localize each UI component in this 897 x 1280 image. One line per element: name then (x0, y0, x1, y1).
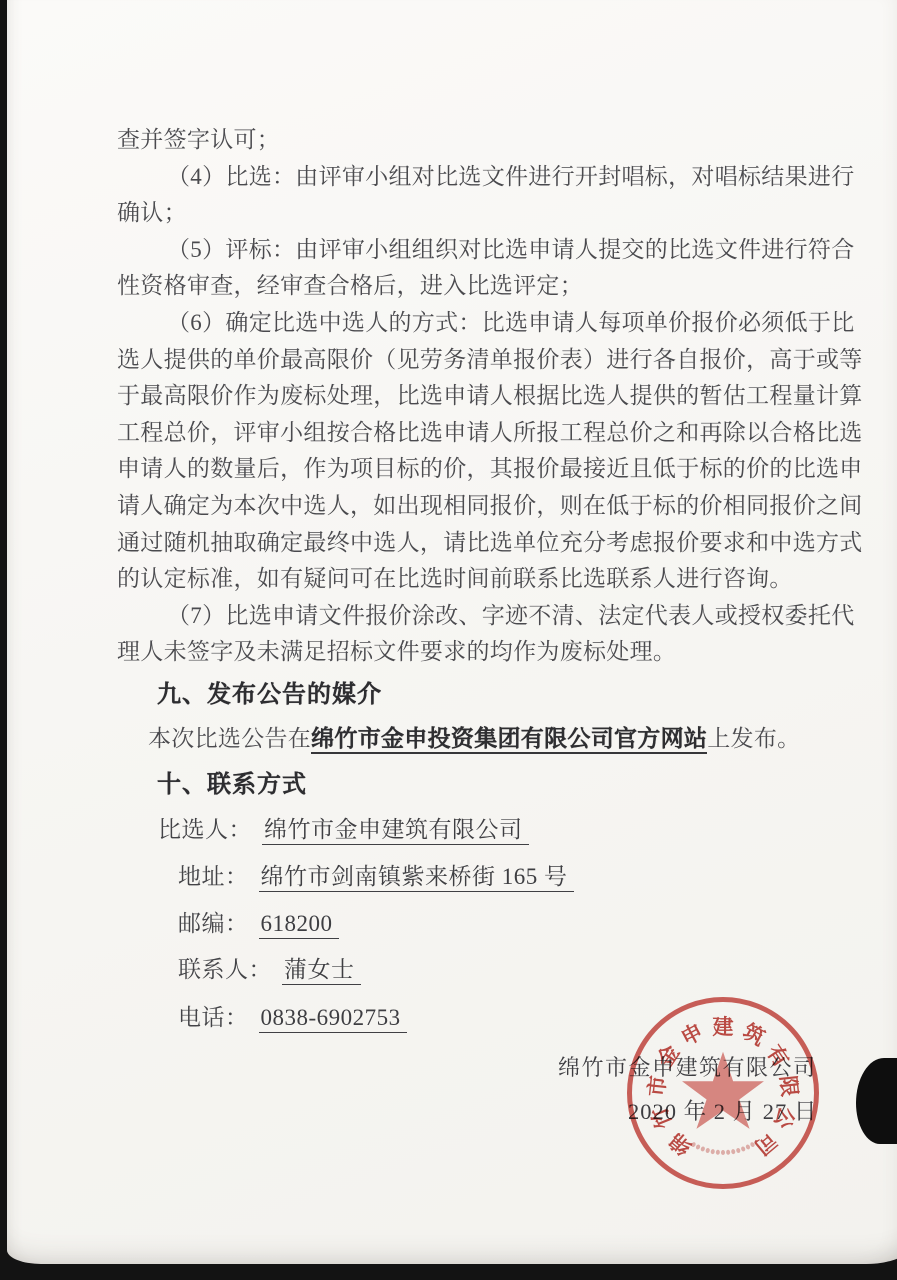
stamp-arc-char: 市 (644, 1073, 670, 1099)
contact-label: 比选人： (158, 817, 252, 842)
contact-label: 地址： (178, 864, 249, 889)
stamp-arc-char: 筑 (738, 1018, 770, 1050)
contact-row: 电话：0838-6902753 (178, 999, 407, 1032)
contact-row: 比选人：绵竹市金申建筑有限公司 (158, 811, 529, 844)
stamp-serial-dot (726, 1150, 730, 1155)
contact-value: 绵竹市剑南镇紫来桥街 165 号 (259, 864, 574, 892)
stamp-arc-char: 限 (775, 1073, 801, 1099)
contact-row: 联系人：蒲女士 (178, 951, 361, 984)
stamp-arc-char: 有 (761, 1039, 794, 1072)
contact-label: 联系人： (178, 957, 272, 982)
stamp-arc-char: 竹 (646, 1102, 677, 1133)
stamp-serial-dot (721, 1150, 725, 1155)
star-icon (680, 1050, 766, 1136)
contact-value: 618200 (259, 911, 339, 939)
company-stamp: 绵竹市金申建筑有限公司 (627, 997, 819, 1189)
stamp-serial-dot (731, 1149, 736, 1155)
scanned-document-photo: 查并签字认可；（4）比选：由评审小组对比选文件进行开封唱标，对唱标结果进行确认；… (0, 0, 897, 1280)
stamp-arc-char: 公 (769, 1102, 800, 1133)
stamp-serial-dot (710, 1149, 715, 1155)
stamp-arc-char: 申 (676, 1018, 708, 1050)
contact-row: 地址：绵竹市剑南镇紫来桥街 165 号 (178, 858, 574, 891)
contact-label: 邮编： (178, 911, 249, 936)
stamp-serial-dot (716, 1150, 720, 1155)
contact-row: 邮编：618200 (178, 905, 339, 938)
contact-value: 0838-6902753 (259, 1005, 407, 1033)
stamp-serial-dot (705, 1148, 710, 1154)
stamp-arc-char: 建 (711, 1015, 735, 1039)
contact-value: 蒲女士 (282, 957, 361, 985)
contact-label: 电话： (178, 1005, 249, 1030)
contact-value: 绵竹市金申建筑有限公司 (262, 817, 529, 845)
